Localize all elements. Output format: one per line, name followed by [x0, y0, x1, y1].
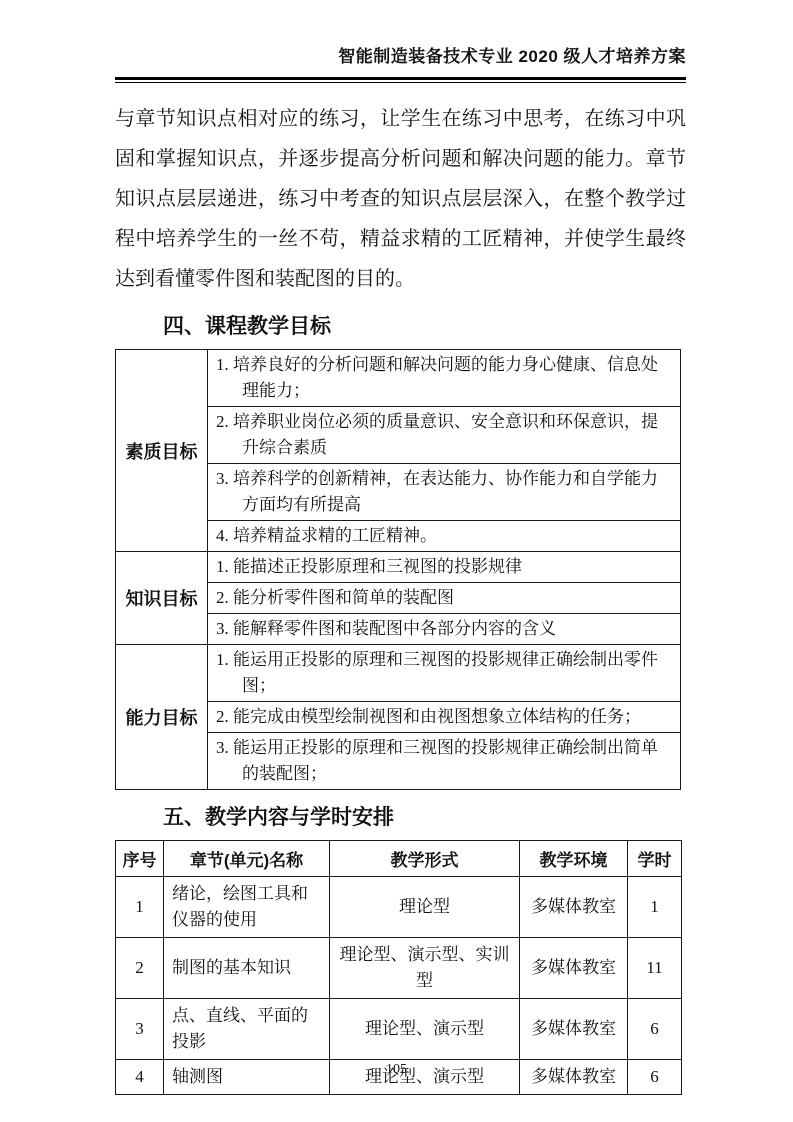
section-heading-course-goals: 四、课程教学目标	[163, 313, 686, 340]
cell-no: 2	[116, 938, 164, 999]
page-number: 105	[0, 1062, 793, 1078]
section-heading-teaching-schedule: 五、教学内容与学时安排	[163, 804, 686, 831]
goal-item-cell: 1. 培养良好的分析问题和解决问题的能力身心健康、信息处理能力；	[208, 350, 681, 407]
goal-item-cell: 3. 培养科学的创新精神，在表达能力、协作能力和自学能力方面均有所提高	[208, 464, 681, 521]
goal-item-text: 4. 培养精益求精的工匠精神。	[216, 523, 674, 549]
cell-form: 理论型、演示型	[330, 999, 520, 1060]
table-row: 3 点、直线、平面的投影 理论型、演示型 多媒体教室 6	[116, 999, 682, 1060]
table-row: 2 制图的基本知识 理论型、演示型、实训型 多媒体教室 11	[116, 938, 682, 999]
goal-item-text: 2. 能分析零件图和简单的装配图	[216, 585, 674, 611]
goal-category-suzhi: 素质目标	[116, 350, 208, 552]
cell-no: 1	[116, 877, 164, 938]
goal-item-text: 1. 能运用正投影的原理和三视图的投影规律正确绘制出零件图；	[216, 647, 674, 699]
cell-chapter: 绪论，绘图工具和仪器的使用	[164, 877, 330, 938]
cell-form: 理论型	[330, 877, 520, 938]
cell-chapter: 点、直线、平面的投影	[164, 999, 330, 1060]
cell-environment: 多媒体教室	[520, 938, 628, 999]
header-title: 智能制造装备技术专业 2020 级人才培养方案	[115, 46, 686, 68]
table-row: 1 绪论，绘图工具和仪器的使用 理论型 多媒体教室 1	[116, 877, 682, 938]
table-row: 知识目标 1. 能描述正投影原理和三视图的投影规律	[116, 552, 681, 583]
column-header-form: 教学形式	[330, 841, 520, 877]
cell-no: 3	[116, 999, 164, 1060]
goal-item-cell: 2. 能分析零件图和简单的装配图	[208, 583, 681, 614]
body-paragraph: 与章节知识点相对应的练习，让学生在练习中思考，在练习中巩固和掌握知识点，并逐步提…	[115, 99, 686, 299]
column-header-no: 序号	[116, 841, 164, 877]
table-header-row: 序号 章节(单元)名称 教学形式 教学环境 学时	[116, 841, 682, 877]
cell-hours: 11	[628, 938, 682, 999]
document-header: 智能制造装备技术专业 2020 级人才培养方案	[115, 46, 686, 83]
goal-item-cell: 2. 培养职业岗位必须的质量意识、安全意识和环保意识，提升综合素质	[208, 407, 681, 464]
cell-environment: 多媒体教室	[520, 999, 628, 1060]
header-rule	[115, 77, 686, 83]
goal-item-text: 2. 培养职业岗位必须的质量意识、安全意识和环保意识，提升综合素质	[216, 409, 674, 461]
column-header-hours: 学时	[628, 841, 682, 877]
goal-item-cell: 3. 能运用正投影的原理和三视图的投影规律正确绘制出简单的装配图；	[208, 733, 681, 790]
cell-chapter: 制图的基本知识	[164, 938, 330, 999]
goal-category-nengli: 能力目标	[116, 645, 208, 790]
goal-item-text: 3. 能解释零件图和装配图中各部分内容的含义	[216, 616, 674, 642]
header-rule-thin-line	[115, 82, 686, 83]
goal-item-cell: 2. 能完成由模型绘制视图和由视图想象立体结构的任务；	[208, 702, 681, 733]
cell-hours: 1	[628, 877, 682, 938]
table-row: 能力目标 1. 能运用正投影的原理和三视图的投影规律正确绘制出零件图；	[116, 645, 681, 702]
cell-environment: 多媒体教室	[520, 877, 628, 938]
goal-item-cell: 1. 能描述正投影原理和三视图的投影规律	[208, 552, 681, 583]
goal-item-cell: 1. 能运用正投影的原理和三视图的投影规律正确绘制出零件图；	[208, 645, 681, 702]
table-row: 素质目标 1. 培养良好的分析问题和解决问题的能力身心健康、信息处理能力；	[116, 350, 681, 407]
course-goals-table: 素质目标 1. 培养良好的分析问题和解决问题的能力身心健康、信息处理能力； 2.…	[115, 349, 681, 790]
goal-item-cell: 3. 能解释零件图和装配图中各部分内容的含义	[208, 614, 681, 645]
teaching-schedule-table: 序号 章节(单元)名称 教学形式 教学环境 学时 1 绪论，绘图工具和仪器的使用…	[115, 840, 682, 1095]
goal-item-text: 1. 能描述正投影原理和三视图的投影规律	[216, 554, 674, 580]
goal-item-text: 1. 培养良好的分析问题和解决问题的能力身心健康、信息处理能力；	[216, 352, 674, 404]
cell-hours: 6	[628, 999, 682, 1060]
cell-form: 理论型、演示型、实训型	[330, 938, 520, 999]
goal-category-zhishi: 知识目标	[116, 552, 208, 645]
goal-item-text: 3. 培养科学的创新精神，在表达能力、协作能力和自学能力方面均有所提高	[216, 466, 674, 518]
goal-item-cell: 4. 培养精益求精的工匠精神。	[208, 521, 681, 552]
column-header-environment: 教学环境	[520, 841, 628, 877]
column-header-chapter: 章节(单元)名称	[164, 841, 330, 877]
document-page: 智能制造装备技术专业 2020 级人才培养方案 与章节知识点相对应的练习，让学生…	[0, 0, 793, 1122]
goal-item-text: 3. 能运用正投影的原理和三视图的投影规律正确绘制出简单的装配图；	[216, 735, 674, 787]
goal-item-text: 2. 能完成由模型绘制视图和由视图想象立体结构的任务；	[216, 704, 674, 730]
